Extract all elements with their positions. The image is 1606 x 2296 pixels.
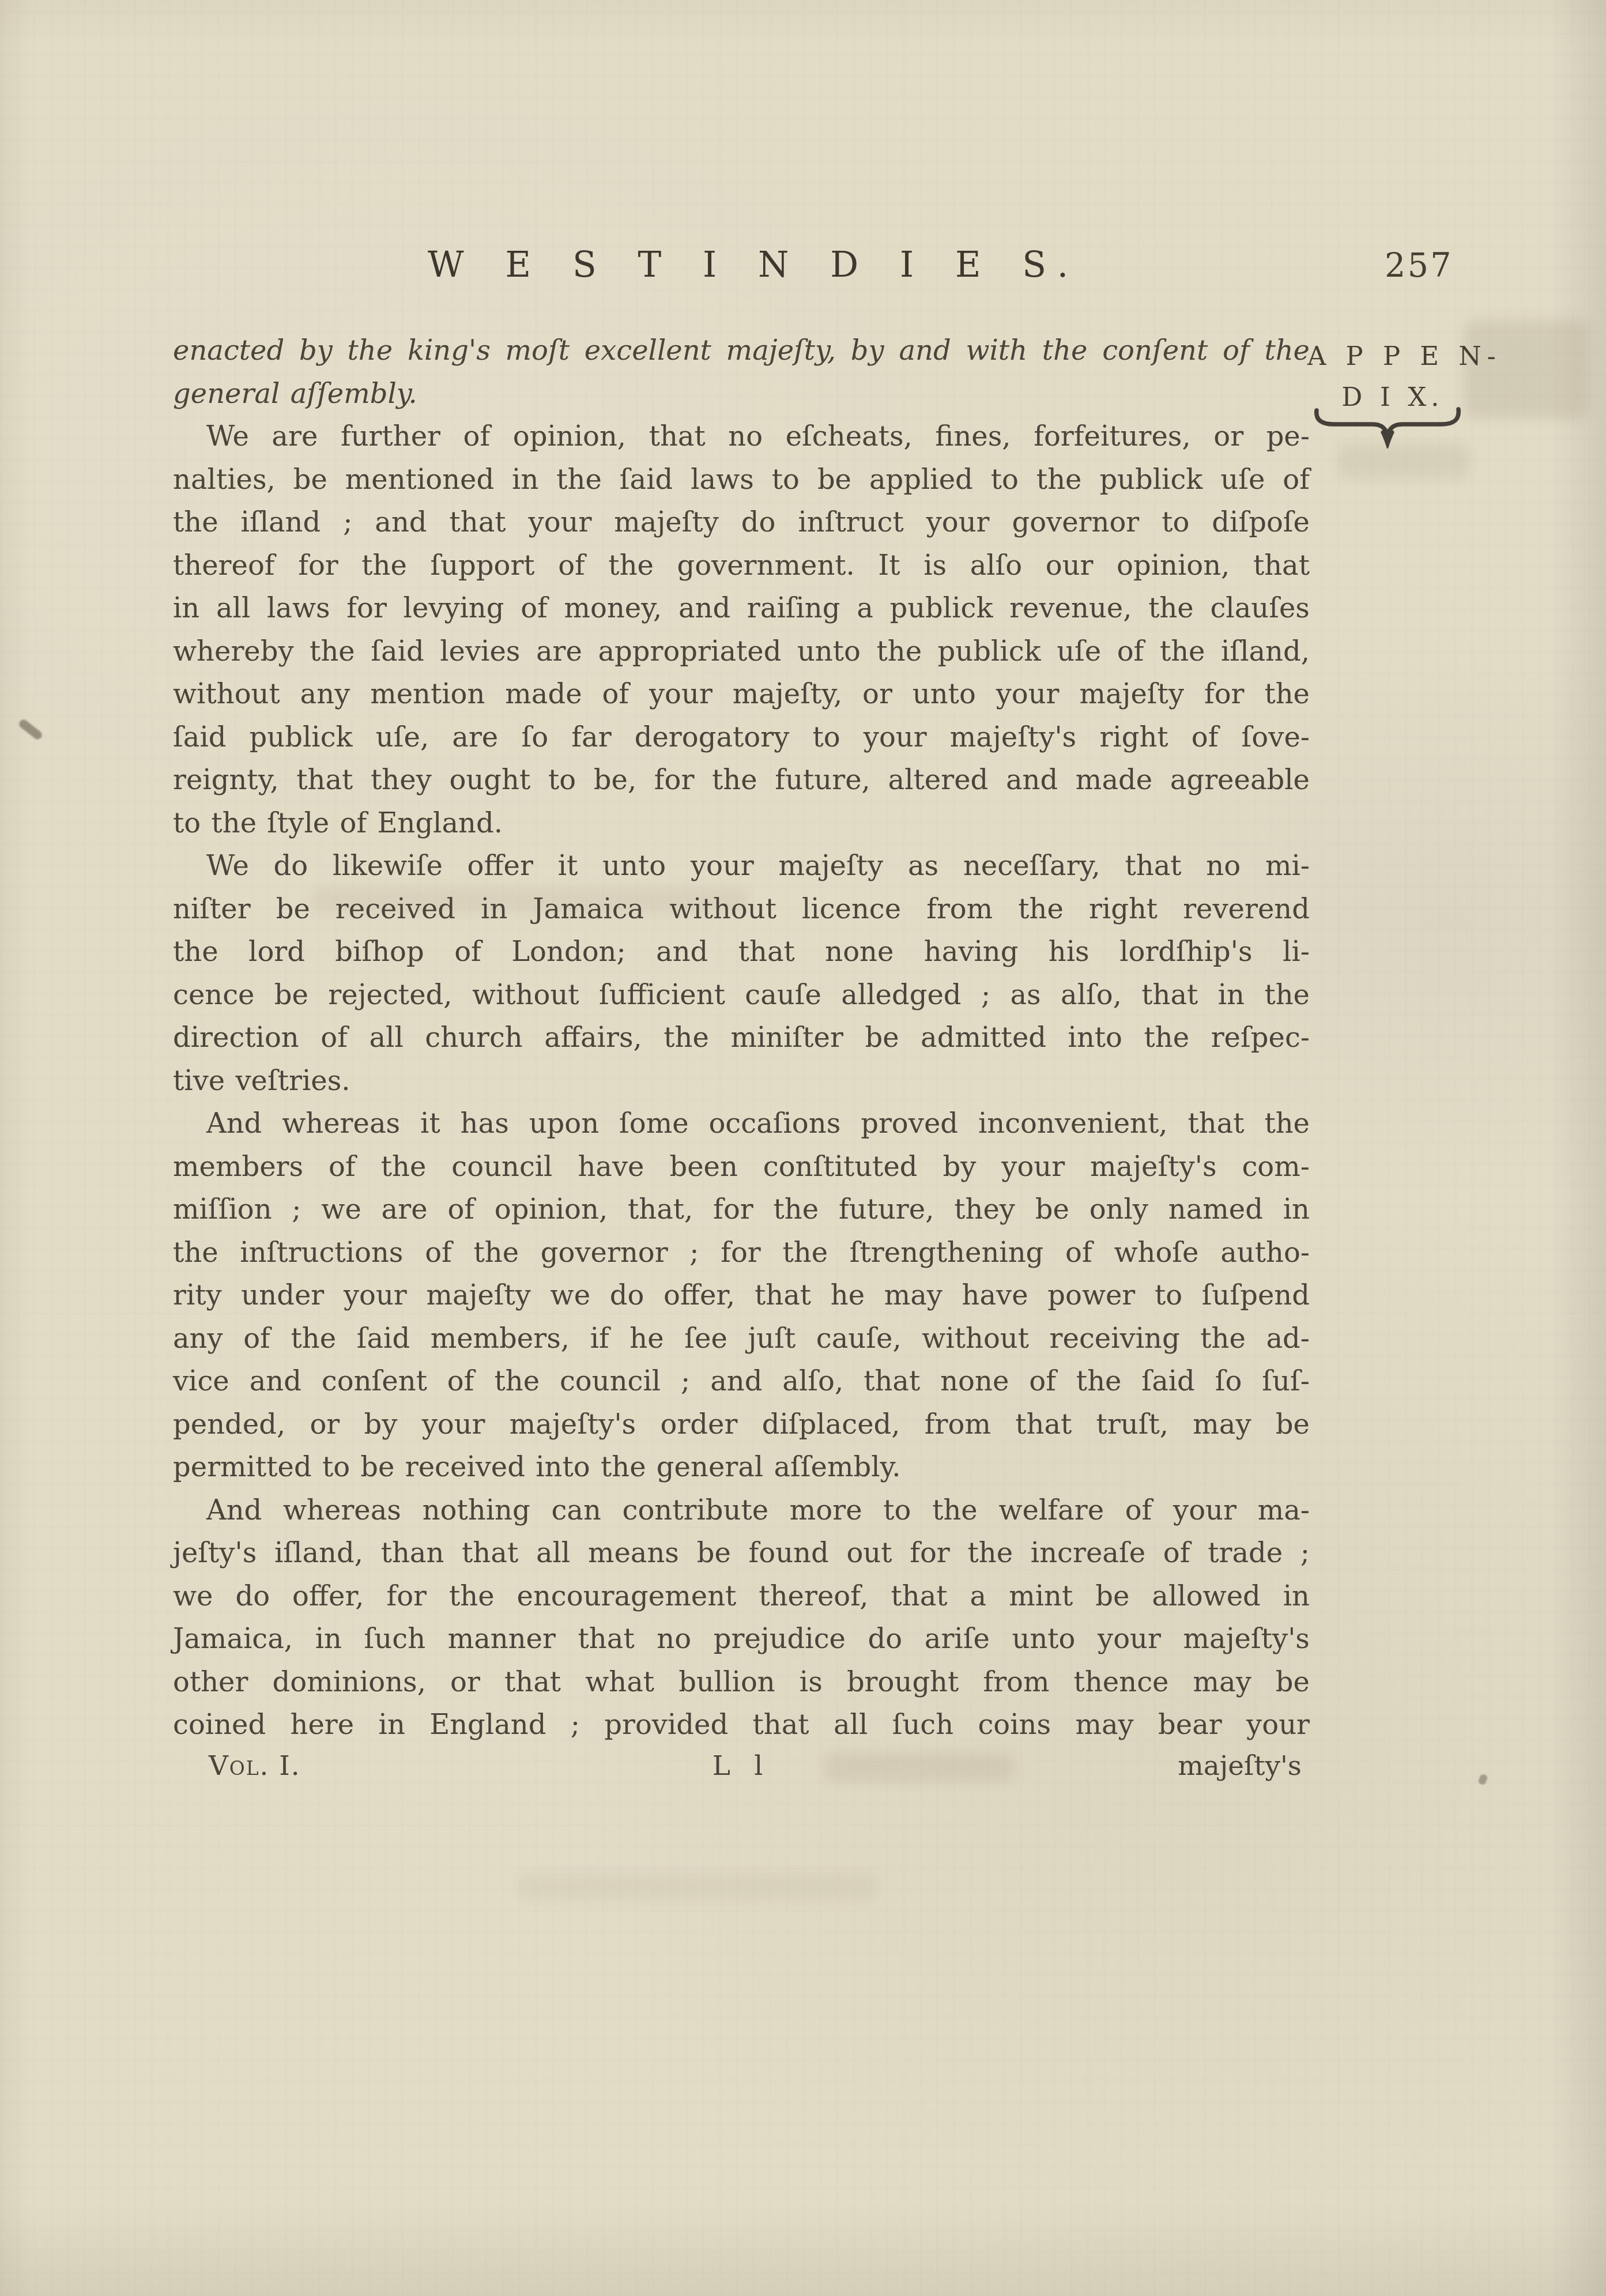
signature-mark: L l xyxy=(173,1744,1310,1788)
text-line: the inſtructions of the governor ; for t… xyxy=(173,1231,1310,1275)
text-block: enacted by the king's moſt excellent maj… xyxy=(173,329,1310,1747)
text-line: general aſſembly. xyxy=(173,372,1310,416)
text-line: members of the council have been conſtit… xyxy=(173,1145,1310,1189)
text-line: without any mention made of your majeſty… xyxy=(173,673,1310,716)
text-line: enacted by the king's moſt excellent maj… xyxy=(173,329,1310,372)
appendix-brace-ornament xyxy=(1312,407,1463,448)
text-line: niſter be received in Jamaica without li… xyxy=(173,888,1310,931)
catchword: majeſty's xyxy=(1178,1744,1302,1788)
running-title: W E S T I N D I E S. xyxy=(428,244,1080,285)
text-line: We are further of opinion, that no eſche… xyxy=(173,415,1310,458)
stray-ink-mark xyxy=(17,718,43,741)
text-line: thereof for the ſupport of the governmen… xyxy=(173,544,1310,587)
bleedthrough-spot xyxy=(519,1873,876,1900)
text-line: whereby the ſaid levies are appropriated… xyxy=(173,630,1310,673)
text-line: We do likewiſe offer it unto your majeſt… xyxy=(173,844,1310,888)
text-line: jeſty's iſland, than that all means be f… xyxy=(173,1532,1310,1575)
text-line: permitted to be received into the genera… xyxy=(173,1446,1310,1489)
book-page-scan: W E S T I N D I E S. 257 enacted by the … xyxy=(0,0,1606,2296)
margin-note: A P P E N- D I X. xyxy=(1307,335,1478,417)
text-line: miſſion ; we are of opinion, that, for t… xyxy=(173,1188,1310,1231)
text-line: pended, or by your majeſty's order diſpl… xyxy=(173,1403,1310,1446)
page-footer: Vol. I. L l majeſty's xyxy=(173,1744,1310,1788)
text-line: any of the ſaid members, if he ſee juſt … xyxy=(173,1317,1310,1360)
text-line: Jamaica, in ſuch manner that no prejudic… xyxy=(173,1618,1310,1661)
text-line: in all laws for levying of money, and ra… xyxy=(173,587,1310,630)
text-line: And whereas it has upon ſome occaſions p… xyxy=(173,1102,1310,1145)
text-line: reignty, that they ought to be, for the … xyxy=(173,759,1310,802)
margin-note-line1: A P P E N- xyxy=(1307,335,1478,377)
bleedthrough-spot xyxy=(1337,444,1470,478)
text-line: cence be rejected, without ſufficient ca… xyxy=(173,974,1310,1017)
text-line: vice and conſent of the council ; and al… xyxy=(173,1360,1310,1403)
text-line: coined here in England ; provided that a… xyxy=(173,1703,1310,1747)
page-number: 257 xyxy=(1385,247,1453,285)
text-line: the iſland ; and that your majeſty do in… xyxy=(173,501,1310,544)
text-line: tive veſtries. xyxy=(173,1060,1310,1103)
text-line: nalties, be mentioned in the ſaid laws t… xyxy=(173,458,1310,502)
text-line: And whereas nothing can contribute more … xyxy=(173,1489,1310,1532)
text-line: we do offer, for the encouragement there… xyxy=(173,1575,1310,1618)
text-line: other dominions, or that what bullion is… xyxy=(173,1661,1310,1704)
text-line: to the ſtyle of England. xyxy=(173,802,1310,845)
text-line: ſaid publick uſe, are ſo far derogatory … xyxy=(173,716,1310,759)
stray-ink-mark xyxy=(1477,1773,1488,1786)
text-line: direction of all church affairs, the min… xyxy=(173,1016,1310,1060)
text-line: rity under your majeſty we do offer, tha… xyxy=(173,1274,1310,1317)
text-line: the lord biſhop of London; and that none… xyxy=(173,930,1310,974)
